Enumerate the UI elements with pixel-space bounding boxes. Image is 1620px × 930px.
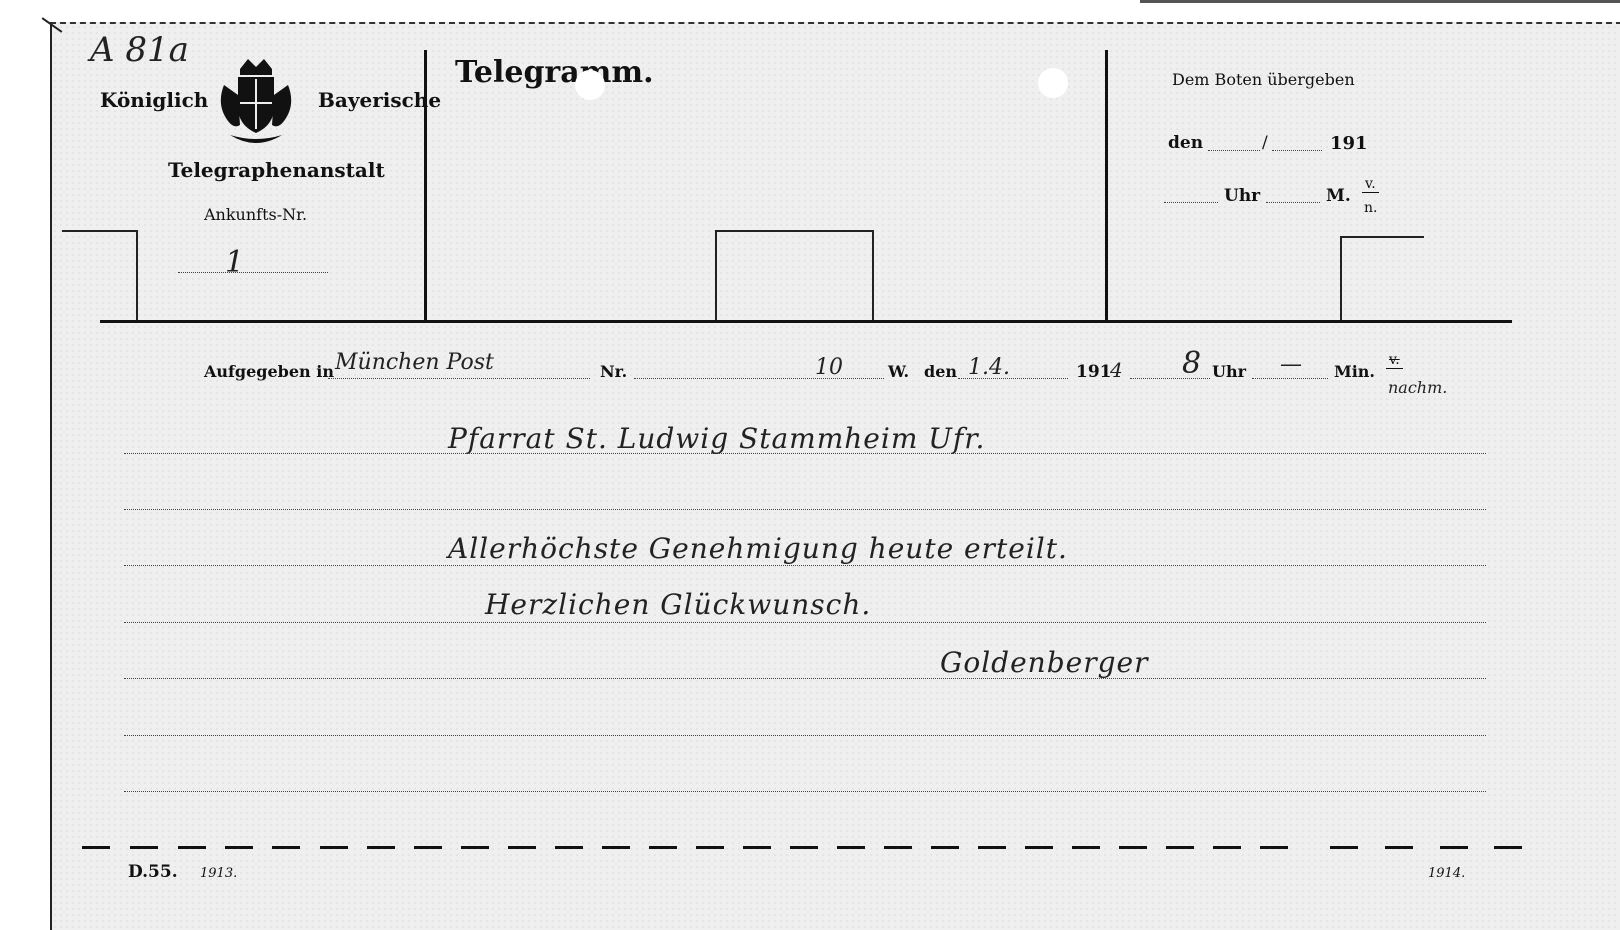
dispatch-minute-label: Min.	[1334, 362, 1375, 381]
dispatch-nr-value[interactable]: 10	[815, 355, 843, 380]
delivery-heading: Dem Boten übergeben	[1172, 70, 1355, 89]
message-address[interactable]: Pfarrat St. Ludwig Stammheim Ufr.	[448, 422, 985, 455]
archive-mark: A 81a	[90, 30, 189, 70]
dispatch-words-label: W.	[888, 362, 909, 381]
dispatch-am: v.	[1386, 352, 1403, 369]
divider-right	[1105, 50, 1108, 320]
print-year: 1914.	[1428, 866, 1465, 881]
stamp-box-left	[62, 230, 138, 322]
dispatch-year-suffix[interactable]: 4	[1110, 358, 1123, 382]
dispatch-in-label: Aufgegeben in	[204, 362, 334, 381]
message-line-3	[124, 565, 1486, 566]
header-left-word: Königlich	[100, 88, 208, 112]
scan-edge	[1140, 0, 1620, 3]
message-line-4	[124, 622, 1486, 623]
delivery-day-field[interactable]	[1208, 150, 1260, 151]
delivery-date-sep: /	[1262, 133, 1268, 153]
message-signature[interactable]: Goldenberger	[940, 646, 1148, 679]
punch-hole	[575, 70, 605, 100]
stamp-box-right	[1340, 236, 1424, 322]
header-right-word: Bayerische	[318, 88, 441, 112]
delivery-am: v.	[1362, 176, 1379, 193]
dispatch-minute-field[interactable]	[1252, 378, 1328, 379]
dispatch-nr-field[interactable]	[634, 378, 884, 379]
delivery-pm: n.	[1364, 200, 1377, 216]
form-code: D.55.	[128, 862, 178, 882]
arrival-number-value[interactable]: 1	[225, 245, 244, 280]
coat-of-arms-icon	[210, 55, 302, 147]
message-line-5	[124, 678, 1486, 679]
dispatch-date-value[interactable]: 1.4.	[968, 355, 1010, 380]
arrival-number-label: Ankunfts-Nr.	[204, 205, 307, 224]
dispatch-hour-label: Uhr	[1212, 362, 1246, 381]
message-line2-text[interactable]: Herzlichen Glückwunsch.	[485, 588, 871, 621]
form-year: 1913.	[200, 866, 237, 881]
dispatch-nr-label: Nr.	[600, 362, 627, 381]
dispatch-place-field[interactable]	[328, 378, 590, 379]
dispatch-date-label: den	[924, 362, 957, 381]
arrival-number-line	[178, 272, 328, 273]
message-line-7	[124, 791, 1486, 792]
dispatch-pm-handwritten[interactable]: nachm.	[1388, 378, 1447, 397]
delivery-date-label: den	[1168, 133, 1203, 153]
delivery-year-prefix: 191	[1330, 133, 1368, 154]
delivery-month-field[interactable]	[1272, 150, 1322, 151]
punch-hole	[1038, 68, 1068, 98]
dispatch-year-prefix: 191	[1076, 362, 1112, 382]
delivery-hour-field[interactable]	[1164, 202, 1218, 203]
delivery-minute-field[interactable]	[1266, 202, 1320, 203]
divider-left	[424, 50, 427, 320]
message-line1-text[interactable]: Allerhöchste Genehmigung heute erteilt.	[448, 532, 1068, 565]
dispatch-place-value[interactable]: München Post	[335, 350, 494, 375]
message-line-2	[124, 509, 1486, 510]
dispatch-minute-value[interactable]: —	[1280, 352, 1302, 377]
institution-name: Telegraphenanstalt	[168, 158, 385, 182]
dispatch-hour-value[interactable]: 8	[1182, 346, 1201, 381]
stamp-box-center	[715, 230, 874, 322]
header-rule	[100, 320, 1512, 323]
delivery-hour-label: Uhr	[1224, 186, 1260, 206]
delivery-minute-label: M.	[1326, 186, 1351, 206]
telegram-title: Telegramm.	[455, 55, 654, 90]
message-line-6	[124, 735, 1486, 736]
